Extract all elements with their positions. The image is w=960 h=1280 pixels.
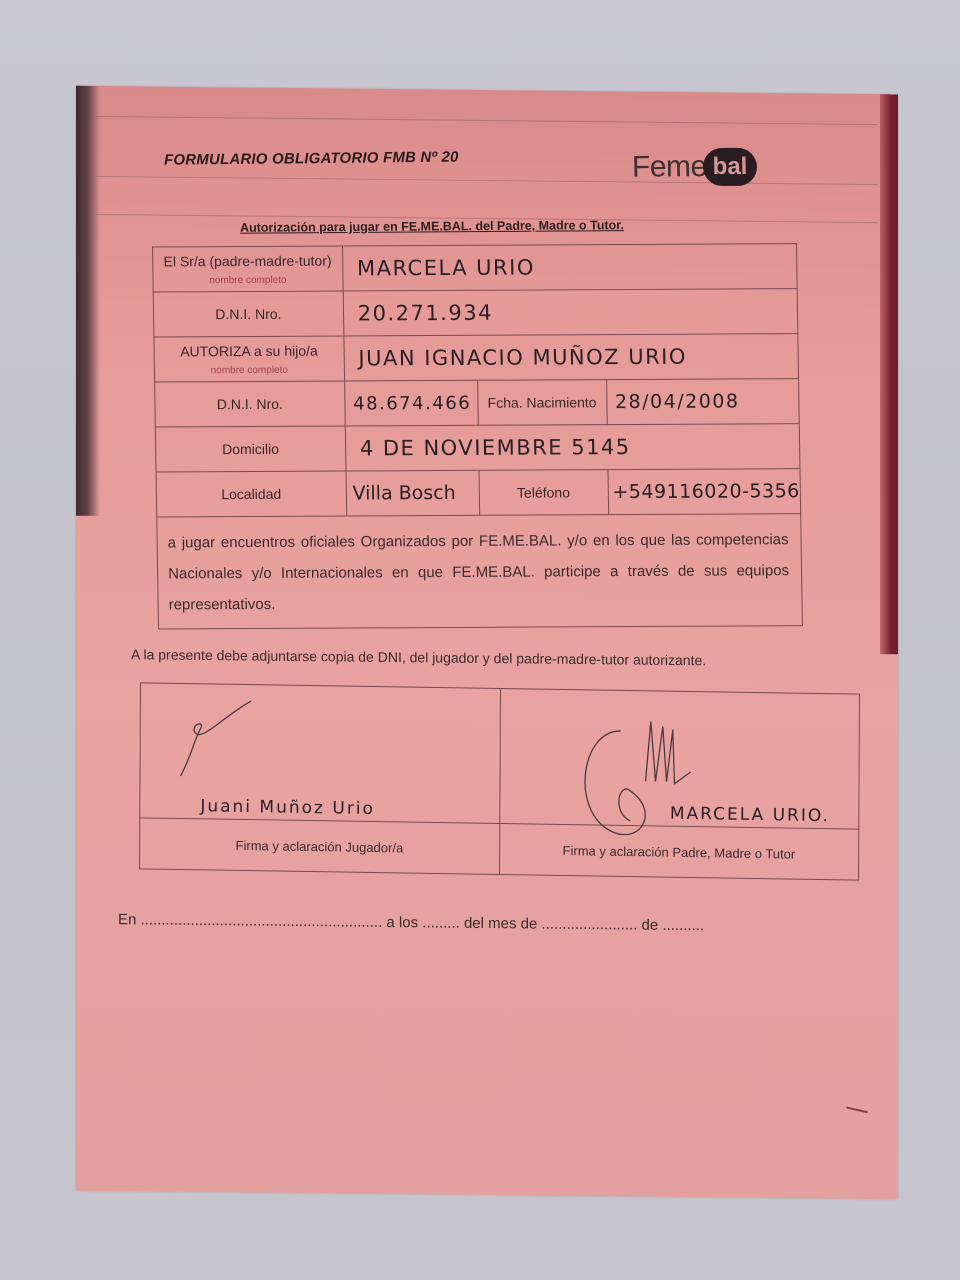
player-signature-icon	[160, 688, 281, 790]
sublabel-text: nombre completo	[153, 274, 342, 286]
table-row: El Sr/a (padre-madre-tutor) nombre compl…	[153, 244, 798, 292]
child-dni-field[interactable]: 48.674.466	[344, 380, 478, 426]
phone-label: Teléfono	[479, 470, 609, 516]
phone-field[interactable]: +549116020-5356	[608, 469, 801, 515]
label-text: El Sr/a (padre-madre-tutor)	[163, 252, 331, 269]
label-text: AUTORIZA a su hijo/a	[180, 342, 318, 359]
child-name-field[interactable]: JUAN IGNACIO MUÑOZ URIO	[344, 334, 799, 381]
scan-edge-right	[880, 94, 898, 654]
guardian-printed-name: MARCELA URIO.	[670, 804, 830, 827]
child-dni-label: D.N.I. Nro.	[155, 381, 345, 427]
ink-mark	[846, 1106, 868, 1113]
parent-dni-field[interactable]: 20.271.934	[343, 289, 798, 336]
guardian-signature-box[interactable]: MARCELA URIO.	[499, 689, 859, 830]
date-prefix: En	[118, 911, 136, 928]
header-rule	[96, 116, 878, 125]
table-row: AUTORIZA a su hijo/a nombre completo JUA…	[154, 334, 799, 382]
form-sheet: FORMULARIO OBLIGATORIO FMB Nº 20 Feme ba…	[76, 86, 898, 1200]
de-text: de	[642, 917, 659, 934]
address-field[interactable]: 4 DE NOVIEMBRE 5145	[345, 424, 800, 471]
locality-label: Localidad	[156, 471, 346, 517]
attachment-note: A la presente debe adjuntarse copia de D…	[131, 646, 706, 668]
year-field[interactable]: ..........	[662, 917, 704, 934]
table-row: D.N.I. Nro. 48.674.466 Fcha. Nacimiento …	[155, 379, 800, 427]
guardian-signature-icon	[550, 700, 721, 853]
player-signature-caption: Firma y aclaración Jugador/a	[140, 818, 500, 875]
form-subtitle: Autorización para jugar en FE.ME.BAL. de…	[240, 218, 624, 235]
signature-table: Juani Muñoz Urio MARCELA URIO. Firma y a…	[139, 682, 860, 880]
player-signature-box[interactable]: Juani Muñoz Urio	[140, 683, 500, 824]
authorization-table: El Sr/a (padre-madre-tutor) nombre compl…	[152, 243, 803, 629]
month-field[interactable]: .......................	[542, 916, 638, 934]
authorization-text: a jugar encuentros oficiales Organizados…	[157, 514, 803, 629]
table-row: Localidad Villa Bosch Teléfono +54911602…	[156, 469, 801, 517]
parent-name-field[interactable]: MARCELA URIO	[342, 244, 797, 291]
femebal-logo: Feme bal	[632, 148, 758, 187]
date-line: En .....................................…	[118, 911, 704, 934]
del-mes-text: del mes de	[464, 915, 537, 933]
logo-text: Feme	[632, 150, 707, 185]
header-rule	[96, 176, 878, 185]
day-field[interactable]: .........	[422, 914, 460, 931]
child-name-label: AUTORIZA a su hijo/a nombre completo	[154, 336, 344, 382]
player-printed-name: Juani Muñoz Urio	[200, 796, 375, 819]
a-los-text: a los	[386, 914, 418, 931]
form-title: FORMULARIO OBLIGATORIO FMB Nº 20	[164, 149, 459, 169]
scan-edge-left	[76, 86, 100, 516]
locality-field[interactable]: Villa Bosch	[346, 470, 480, 516]
birth-date-label: Fcha. Nacimiento	[477, 380, 607, 426]
place-field[interactable]: ........................................…	[141, 911, 383, 931]
sublabel-text: nombre completo	[155, 364, 344, 376]
address-label: Domicilio	[155, 426, 345, 472]
table-row: D.N.I. Nro. 20.271.934	[153, 289, 798, 337]
logo-pill: bal	[702, 148, 757, 186]
parent-dni-label: D.N.I. Nro.	[153, 291, 343, 337]
table-row: Domicilio 4 DE NOVIEMBRE 5145	[155, 424, 800, 472]
table-row: a jugar encuentros oficiales Organizados…	[157, 514, 803, 629]
parent-name-label: El Sr/a (padre-madre-tutor) nombre compl…	[153, 246, 343, 292]
table-row: Juani Muñoz Urio MARCELA URIO.	[140, 683, 860, 829]
birth-date-field[interactable]: 28/04/2008	[606, 379, 799, 425]
